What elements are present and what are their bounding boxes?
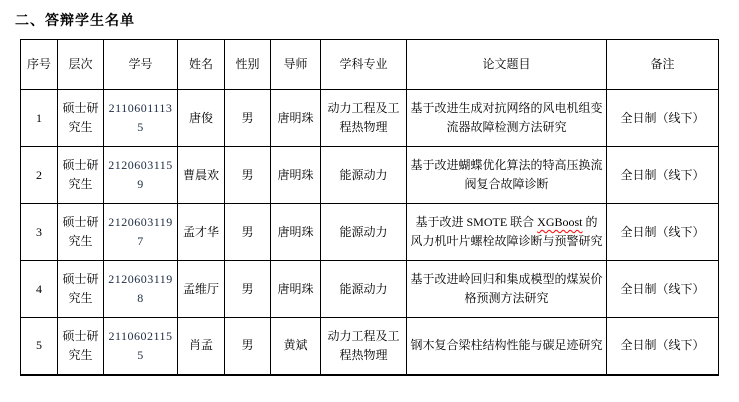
- section-title: 二、答辩学生名单: [15, 10, 739, 30]
- cell-seq: 3: [21, 204, 58, 261]
- cell-thesis-title: 基于改进岭回归和集成模型的煤炭价格预测方法研究: [407, 261, 607, 318]
- table-header-row: 序号 层次 学号 姓名 性别 导师 学科专业 论文题目 备注: [21, 40, 719, 90]
- cell-major: 能源动力: [321, 261, 407, 318]
- spellcheck-flagged-word: XGBoost: [537, 215, 582, 229]
- cell-advisor: 唐明珠: [271, 204, 321, 261]
- header-major: 学科专业: [321, 40, 407, 90]
- cell-student-id: 21206031198: [104, 261, 178, 318]
- header-seq: 序号: [21, 40, 58, 90]
- cell-advisor: 唐明珠: [271, 90, 321, 147]
- cell-gender: 男: [225, 147, 271, 204]
- cell-advisor: 唐明珠: [271, 147, 321, 204]
- table-row: 3 硕士研究生 21206031197 孟才华 男 唐明珠 能源动力 基于改进 …: [21, 204, 719, 261]
- cell-advisor: 唐明珠: [271, 261, 321, 318]
- cell-major: 动力工程及工程热物理: [321, 318, 407, 375]
- cell-advisor: 黄斌: [271, 318, 321, 375]
- cell-name: 曹晨欢: [178, 147, 225, 204]
- cell-major: 能源动力: [321, 204, 407, 261]
- cell-level: 硕士研究生: [58, 204, 104, 261]
- header-remark: 备注: [607, 40, 719, 90]
- cell-gender: 男: [225, 90, 271, 147]
- cell-name: 肖孟: [178, 318, 225, 375]
- cell-thesis-title: 基于改进 SMOTE 联合 XGBoost 的风力机叶片螺栓故障诊断与预警研究: [407, 204, 607, 261]
- cell-remark: 全日制（线下）: [607, 147, 719, 204]
- cell-level: 硕士研究生: [58, 261, 104, 318]
- header-advisor: 导师: [271, 40, 321, 90]
- cell-name: 孟才华: [178, 204, 225, 261]
- cell-seq: 4: [21, 261, 58, 318]
- cell-gender: 男: [225, 261, 271, 318]
- table-row: 2 硕士研究生 21206031159 曹晨欢 男 唐明珠 能源动力 基于改进蝴…: [21, 147, 719, 204]
- cell-major: 动力工程及工程热物理: [321, 90, 407, 147]
- table-row: 4 硕士研究生 21206031198 孟维厅 男 唐明珠 能源动力 基于改进岭…: [21, 261, 719, 318]
- cell-thesis-title: 钢木复合梁柱结构性能与碳足迹研究: [407, 318, 607, 375]
- cell-remark: 全日制（线下）: [607, 90, 719, 147]
- cell-gender: 男: [225, 204, 271, 261]
- cell-major: 能源动力: [321, 147, 407, 204]
- header-gender: 性别: [225, 40, 271, 90]
- cell-gender: 男: [225, 318, 271, 375]
- header-name: 姓名: [178, 40, 225, 90]
- cell-seq: 2: [21, 147, 58, 204]
- cell-remark: 全日制（线下）: [607, 261, 719, 318]
- cell-student-id: 21206031197: [104, 204, 178, 261]
- cell-student-id: 21106011135: [104, 90, 178, 147]
- cell-thesis-title: 基于改进蝴蝶优化算法的特高压换流阀复合故障诊断: [407, 147, 607, 204]
- cell-level: 硕士研究生: [58, 318, 104, 375]
- cell-remark: 全日制（线下）: [607, 204, 719, 261]
- header-thesis-title: 论文题目: [407, 40, 607, 90]
- defense-students-table: 序号 层次 学号 姓名 性别 导师 学科专业 论文题目 备注 1 硕士研究生 2…: [20, 39, 719, 376]
- cell-name: 唐俊: [178, 90, 225, 147]
- cell-seq: 5: [21, 318, 58, 375]
- cell-student-id: 21206031159: [104, 147, 178, 204]
- table-body: 1 硕士研究生 21106011135 唐俊 男 唐明珠 动力工程及工程热物理 …: [21, 90, 719, 375]
- header-student-id: 学号: [104, 40, 178, 90]
- cell-seq: 1: [21, 90, 58, 147]
- cell-thesis-title: 基于改进生成对抗网络的风电机组变流器故障检测方法研究: [407, 90, 607, 147]
- document-page: 二、答辩学生名单 序号 层次 学号 姓名 性别 导师 学科专业 论文题目 备注 …: [0, 0, 739, 376]
- cell-level: 硕士研究生: [58, 147, 104, 204]
- table-row: 1 硕士研究生 21106011135 唐俊 男 唐明珠 动力工程及工程热物理 …: [21, 90, 719, 147]
- cell-name: 孟维厅: [178, 261, 225, 318]
- cell-student-id: 21106021155: [104, 318, 178, 375]
- cell-level: 硕士研究生: [58, 90, 104, 147]
- cell-remark: 全日制（线下）: [607, 318, 719, 375]
- header-level: 层次: [58, 40, 104, 90]
- table-row: 5 硕士研究生 21106021155 肖孟 男 黄斌 动力工程及工程热物理 钢…: [21, 318, 719, 375]
